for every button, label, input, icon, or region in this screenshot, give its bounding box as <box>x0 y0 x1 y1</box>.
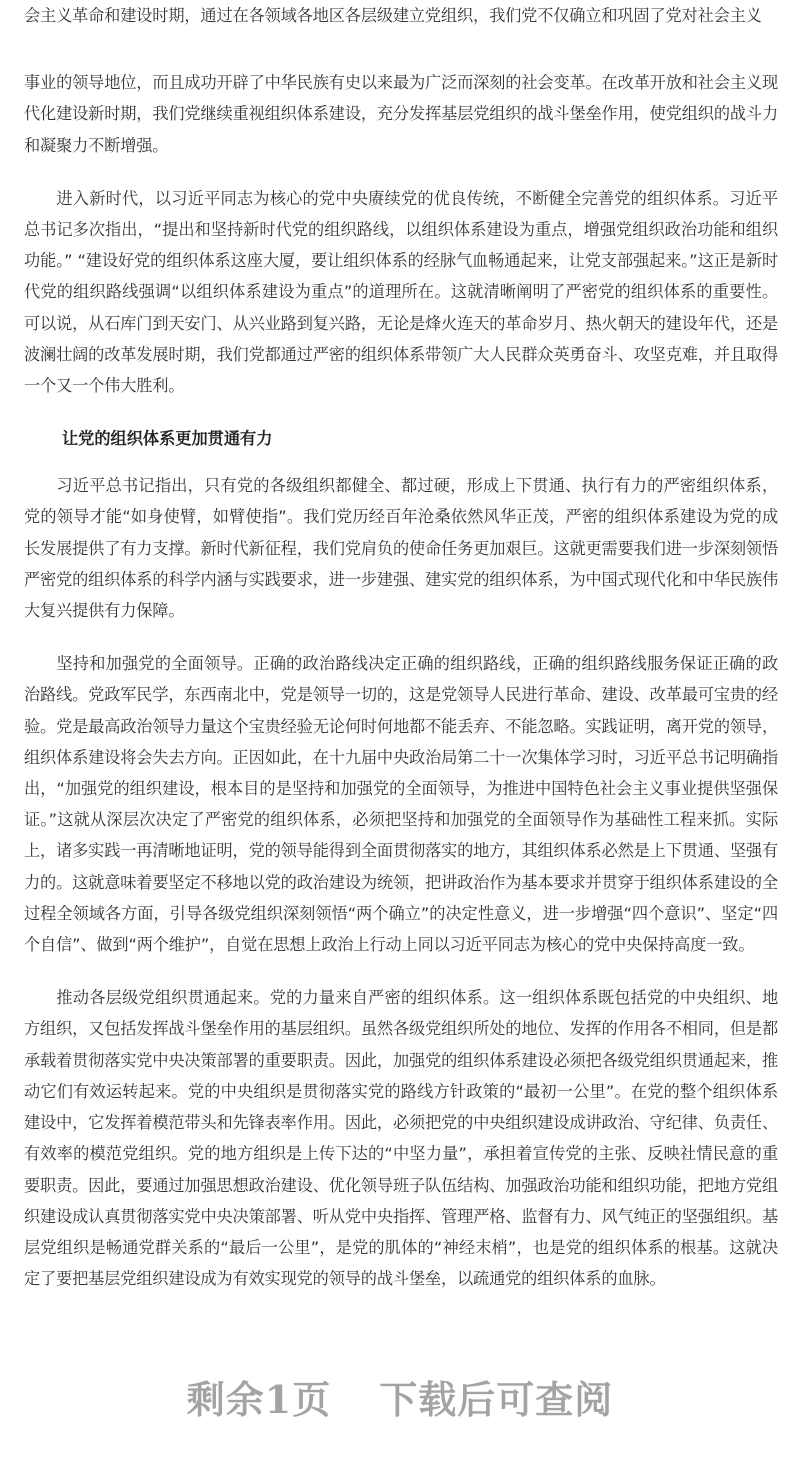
section-paragraph-2: 坚持和加强党的全面领导。正确的政治路线决定正确的组织路线，正确的组织路线服务保证… <box>24 648 778 960</box>
top-fragment: 会主义革命和建设时期，通过在各领域各地区各层级建立党组织，我们党不仅确立和巩固了… <box>24 0 778 31</box>
remaining-pages-label: 剩余1页 <box>187 1372 331 1428</box>
section-paragraph-1: 习近平总书记指出，只有党的各级组织都健全、都过硬，形成上下贯通、执行有力的严密组… <box>24 470 778 626</box>
download-prompt[interactable]: 剩余1页下载后可查阅 <box>0 1372 800 1428</box>
paragraph-1: 事业的领导地位，而且成功开辟了中华民族有史以来最为广泛而深刻的社会变革。在改革开… <box>24 67 778 161</box>
document-body: 会主义革命和建设时期，通过在各领域各地区各层级建立党组织，我们党不仅确立和巩固了… <box>24 0 778 1294</box>
download-to-view-label[interactable]: 下载后可查阅 <box>379 1372 613 1428</box>
paragraph-2: 进入新时代，以习近平同志为核心的党中央赓续党的优良传统，不断健全完善党的组织体系… <box>24 183 778 401</box>
section-paragraph-3: 推动各层级党组织贯通起来。党的力量来自严密的组织体系。这一组织体系既包括党的中央… <box>24 982 778 1294</box>
section-heading: 让党的组织体系更加贯通有力 <box>24 423 778 454</box>
